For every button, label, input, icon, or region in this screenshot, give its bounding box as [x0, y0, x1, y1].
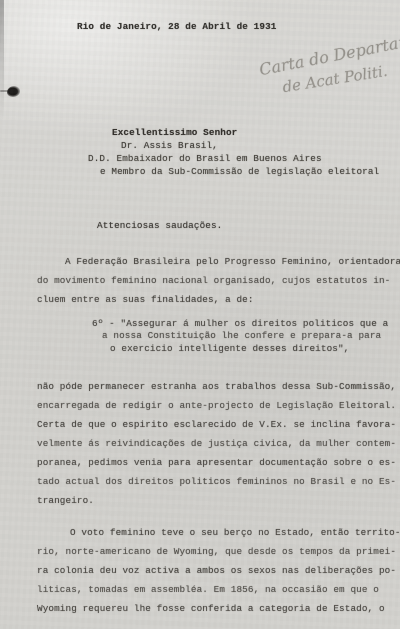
recipient-name: Dr. Assis Brasil, [121, 140, 218, 151]
paragraph-1-line: cluem entre as suas finalidades, a de: [37, 290, 397, 309]
paragraph-2-line: tado actual dos direitos politicos femin… [37, 472, 397, 491]
paragraph-2-line: Certa de que o espirito esclarecido de V… [37, 415, 397, 434]
statute-quote-block: 6º - "Assegurar á mulher os direitos pol… [92, 318, 400, 355]
recipient-title-2: e Membro da Sub-Commissão de legislação … [100, 166, 379, 177]
recipient-title-1: D.D. Embaixador do Brasil em Buenos Aire… [88, 153, 322, 164]
paragraph-3-line: O voto feminino teve o seu berço no Esta… [37, 523, 397, 542]
paragraph-3-line: liticas, tomadas em assembléa. Em 1856, … [37, 580, 397, 599]
paragraph-3-line: Wyoming requereu lhe fosse conferida a c… [37, 599, 397, 618]
paragraph-2-line: encarregada de redigir o ante-projecto d… [37, 396, 397, 415]
paragraph-2-line: poranea, pedimos venia para apresentar d… [37, 453, 397, 472]
salutation: Attenciosas saudações. [97, 220, 222, 231]
paragraph-2-line: velmente ás reivindicações de justiça ci… [37, 434, 397, 453]
paragraph-2-line: trangeiro. [37, 491, 397, 510]
ink-blot [7, 86, 20, 97]
paragraph-1: A Federação Brasileira pelo Progresso Fe… [37, 252, 397, 309]
paragraph-1-line: do movimento feminino nacional organisad… [37, 271, 397, 290]
scan-edge-shadow [0, 0, 4, 120]
paragraph-3-line: ra colonia deu voz activa a ambos os sex… [37, 561, 397, 580]
paragraph-1-line: A Federação Brasileira pelo Progresso Fe… [37, 252, 397, 271]
recipient-honorific: Excellentissimo Senhor [112, 127, 237, 138]
paragraph-3: O voto feminino teve o seu berço no Esta… [37, 523, 397, 618]
quote-line: o exercicio intelligente desses direitos… [92, 343, 400, 355]
paragraph-3-line: rio, norte-americano de Wyoming, que des… [37, 542, 397, 561]
letter-page: Rio de Janeiro, 28 de Abril de 1931 Cart… [0, 0, 400, 629]
quote-line: 6º - "Assegurar á mulher os direitos pol… [92, 318, 400, 330]
paragraph-2-line: não póde permanecer estranha aos trabalh… [37, 377, 397, 396]
date-line: Rio de Janeiro, 28 de Abril de 1931 [77, 21, 276, 32]
paragraph-2: não póde permanecer estranha aos trabalh… [37, 377, 397, 510]
quote-line: a nossa Constituição lhe confere e prepa… [92, 330, 400, 342]
